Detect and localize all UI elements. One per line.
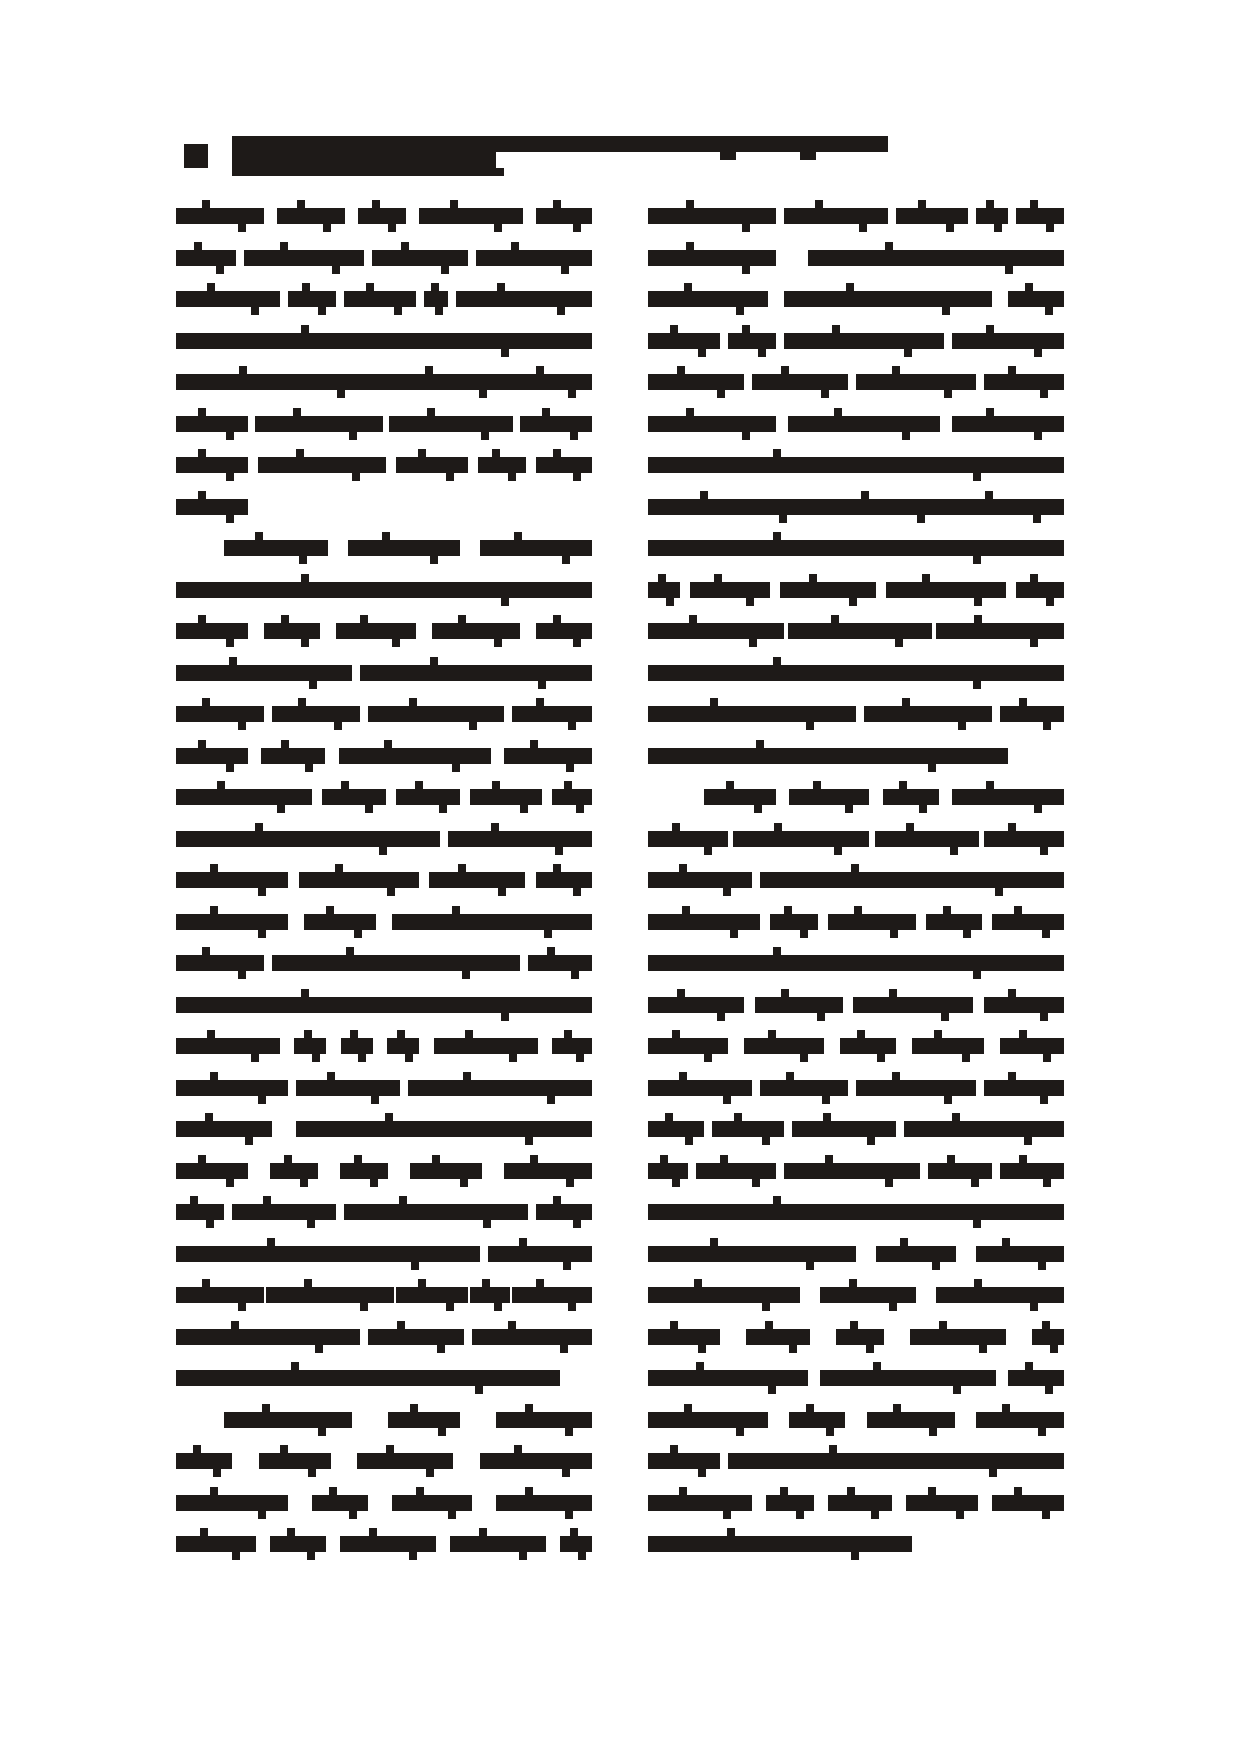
redacted-word	[883, 789, 939, 805]
text-line	[176, 1321, 592, 1363]
redacted-word	[648, 872, 752, 888]
redacted-word	[348, 540, 460, 556]
text-line	[648, 1362, 1064, 1404]
redacted-word	[429, 872, 525, 888]
redacted-word	[176, 914, 288, 930]
redacted-word	[470, 789, 542, 805]
text-line	[648, 1528, 1064, 1570]
redacted-word	[1032, 1329, 1064, 1345]
redacted-word	[176, 1287, 264, 1303]
text-line	[648, 1113, 1064, 1155]
redacted-word	[788, 623, 932, 639]
redacted-word	[176, 1495, 288, 1511]
text-line	[648, 242, 1064, 284]
heading-rule	[232, 136, 888, 152]
redacted-word	[504, 1163, 592, 1179]
text-line	[176, 366, 592, 408]
redacted-word	[448, 831, 592, 847]
redacted-word	[648, 1370, 808, 1386]
text-line	[176, 532, 592, 574]
text-line	[648, 1155, 1064, 1197]
redacted-word	[357, 1453, 453, 1469]
redacted-word	[648, 748, 1008, 764]
redacted-word	[372, 250, 468, 266]
redacted-word	[760, 872, 1064, 888]
redacted-word	[176, 1121, 272, 1137]
redacted-word	[176, 1038, 280, 1054]
redacted-word	[432, 623, 520, 639]
redacted-word	[176, 831, 440, 847]
redacted-word	[728, 333, 776, 349]
redacted-word	[176, 997, 592, 1013]
redacted-word	[392, 1495, 472, 1511]
text-line	[176, 989, 592, 1031]
redacted-word	[648, 208, 776, 224]
redacted-word	[396, 457, 468, 473]
redacted-word	[408, 1080, 592, 1096]
redacted-word	[648, 291, 768, 307]
text-line	[176, 1528, 592, 1570]
text-line	[648, 657, 1064, 699]
redacted-word	[648, 374, 744, 390]
redacted-word	[478, 457, 526, 473]
redacted-word	[261, 748, 325, 764]
text-line	[648, 906, 1064, 948]
redacted-word	[176, 1204, 224, 1220]
redacted-word	[856, 374, 976, 390]
text-column-left	[176, 200, 592, 1570]
redacted-word	[296, 1080, 400, 1096]
redacted-word	[906, 1495, 978, 1511]
text-line	[648, 1030, 1064, 1072]
text-line	[176, 1445, 592, 1487]
text-line	[176, 1072, 592, 1114]
redacted-word	[875, 831, 979, 847]
redacted-word	[450, 1536, 546, 1552]
text-line	[648, 1445, 1064, 1487]
text-line	[648, 200, 1064, 242]
text-line	[176, 906, 592, 948]
redacted-word	[792, 1121, 896, 1137]
redacted-word	[648, 1163, 688, 1179]
redacted-word	[784, 1163, 920, 1179]
redacted-word	[648, 333, 720, 349]
redacted-word	[648, 582, 680, 598]
text-line	[648, 615, 1064, 657]
redacted-word	[648, 1246, 856, 1262]
text-line	[176, 698, 592, 740]
redacted-word	[270, 1536, 326, 1552]
redacted-word	[528, 955, 592, 971]
text-line	[648, 781, 1064, 823]
redacted-word	[712, 1121, 784, 1137]
redacted-word	[690, 582, 770, 598]
redacted-word	[340, 1536, 436, 1552]
redacted-word	[828, 1495, 892, 1511]
redacted-word	[936, 623, 1064, 639]
redacted-word	[984, 831, 1064, 847]
redacted-word	[176, 333, 592, 349]
redacted-word	[176, 706, 264, 722]
redacted-word	[396, 1287, 468, 1303]
redacted-word	[410, 1163, 482, 1179]
redacted-word	[470, 1287, 510, 1303]
text-line	[648, 408, 1064, 450]
text-line	[648, 1404, 1064, 1446]
redacted-word	[176, 955, 264, 971]
text-line	[176, 1279, 592, 1321]
redacted-word	[952, 333, 1064, 349]
redacted-word	[388, 374, 512, 390]
redacted-word	[648, 955, 1064, 971]
redacted-word	[224, 1412, 352, 1428]
redacted-word	[176, 623, 248, 639]
redacted-word	[952, 789, 1064, 805]
redacted-word	[912, 1038, 984, 1054]
redacted-word	[789, 1412, 845, 1428]
text-line	[176, 864, 592, 906]
redacted-word	[176, 582, 592, 598]
text-line	[176, 491, 592, 533]
redacted-word	[928, 1163, 992, 1179]
redacted-word	[388, 1412, 460, 1428]
redacted-word	[258, 457, 386, 473]
redacted-word	[344, 291, 416, 307]
redacted-word	[1016, 582, 1064, 598]
redacted-word	[232, 1204, 336, 1220]
redacted-word	[1000, 1038, 1064, 1054]
redacted-word	[176, 872, 288, 888]
redacted-word	[788, 416, 940, 432]
redacted-word	[992, 914, 1064, 930]
redacted-word	[176, 1246, 480, 1262]
redacted-word	[648, 665, 1064, 681]
text-line	[648, 740, 1064, 782]
redacted-word	[266, 1287, 394, 1303]
redacted-word	[648, 997, 744, 1013]
redacted-word	[344, 1204, 528, 1220]
redacted-word	[424, 291, 448, 307]
text-line	[648, 1238, 1064, 1280]
redacted-word	[752, 374, 848, 390]
redacted-word	[272, 955, 520, 971]
redacted-word	[176, 208, 264, 224]
redacted-word	[336, 623, 416, 639]
redacted-word	[910, 1329, 1006, 1345]
redacted-word	[299, 872, 419, 888]
redacted-word	[828, 914, 916, 930]
redacted-word	[176, 1536, 256, 1552]
redacted-word	[512, 706, 592, 722]
redacted-word	[926, 914, 982, 930]
text-line	[648, 574, 1064, 616]
redacted-word	[552, 789, 592, 805]
redacted-word	[496, 1495, 592, 1511]
text-line	[648, 449, 1064, 491]
text-line	[648, 823, 1064, 865]
redacted-word	[746, 1329, 810, 1345]
text-line	[176, 1487, 592, 1529]
redacted-word	[536, 457, 592, 473]
redacted-word	[341, 1038, 373, 1054]
redacted-word	[648, 457, 1064, 473]
redacted-word	[392, 914, 592, 930]
redacted-word	[984, 374, 1064, 390]
redacted-word	[1008, 1370, 1064, 1386]
text-line	[648, 1196, 1064, 1238]
redacted-word	[176, 789, 312, 805]
redacted-word	[976, 208, 1008, 224]
redacted-word	[808, 250, 1064, 266]
text-line	[648, 1072, 1064, 1114]
redacted-word	[936, 1287, 1064, 1303]
redacted-word	[856, 1080, 976, 1096]
redacted-word	[648, 1412, 768, 1428]
redacted-word	[472, 1329, 592, 1345]
redacted-word	[176, 1080, 288, 1096]
redacted-word	[760, 1080, 848, 1096]
redacted-word	[512, 1287, 592, 1303]
redacted-word	[904, 1121, 1064, 1137]
redacted-word	[648, 499, 822, 515]
redacted-word	[176, 250, 236, 266]
redacted-word	[340, 1163, 388, 1179]
redacted-word	[419, 208, 523, 224]
redacted-word	[296, 1121, 592, 1137]
text-line	[648, 283, 1064, 325]
redacted-word	[176, 1163, 248, 1179]
redacted-word	[648, 1536, 912, 1552]
text-line	[176, 615, 592, 657]
redacted-word	[648, 540, 1064, 556]
redacted-word	[504, 748, 592, 764]
text-line	[176, 283, 592, 325]
text-line	[648, 698, 1064, 740]
text-column-right	[648, 200, 1064, 1570]
redacted-word	[176, 291, 280, 307]
redacted-word	[288, 291, 336, 307]
redacted-word	[886, 582, 1006, 598]
text-line	[648, 491, 1064, 533]
redacted-word	[176, 416, 248, 432]
redacted-word	[176, 1329, 360, 1345]
redacted-word	[480, 1453, 592, 1469]
redacted-word	[696, 1163, 776, 1179]
text-line	[176, 325, 592, 367]
redacted-word	[272, 706, 360, 722]
redacted-word	[360, 665, 592, 681]
text-line	[648, 989, 1064, 1031]
redacted-word	[312, 1495, 368, 1511]
redacted-word	[733, 831, 869, 847]
redacted-word	[294, 1038, 326, 1054]
redacted-word	[648, 1287, 800, 1303]
redacted-word	[560, 1536, 592, 1552]
redacted-word	[648, 1204, 1064, 1220]
redacted-word	[867, 1412, 955, 1428]
text-line	[176, 200, 592, 242]
text-line	[176, 574, 592, 616]
redacted-word	[339, 748, 491, 764]
text-line	[176, 1362, 592, 1404]
redacted-word	[820, 1370, 996, 1386]
redacted-word	[176, 665, 352, 681]
redacted-word	[304, 914, 376, 930]
text-line	[176, 823, 592, 865]
redacted-word	[784, 333, 944, 349]
redacted-word	[488, 1246, 592, 1262]
redacted-word	[876, 1246, 956, 1262]
redacted-word	[648, 623, 784, 639]
redacted-word	[976, 1412, 1064, 1428]
redacted-word	[480, 540, 592, 556]
redacted-word	[766, 1495, 814, 1511]
redacted-word	[476, 250, 592, 266]
redacted-word	[784, 208, 888, 224]
redacted-word	[648, 1080, 752, 1096]
text-line	[176, 947, 592, 989]
redacted-word	[984, 997, 1064, 1013]
redacted-word	[176, 374, 388, 390]
redacted-word	[648, 1453, 720, 1469]
redacted-word	[896, 208, 968, 224]
redacted-word	[387, 1038, 419, 1054]
redacted-word	[1016, 208, 1064, 224]
text-line	[176, 1238, 592, 1280]
redacted-word	[744, 1038, 824, 1054]
redacted-word	[176, 457, 248, 473]
text-line	[648, 1487, 1064, 1529]
redacted-word	[789, 789, 869, 805]
redacted-word	[1000, 706, 1064, 722]
text-line	[176, 1155, 592, 1197]
redacted-word	[648, 1121, 704, 1137]
redacted-word	[704, 789, 776, 805]
redacted-word	[358, 208, 406, 224]
redacted-word	[512, 374, 592, 390]
text-line	[648, 532, 1064, 574]
text-line	[648, 366, 1064, 408]
text-line	[648, 325, 1064, 367]
heading-title: [redacted heading]	[0, 0, 1, 1]
redacted-word	[552, 1038, 592, 1054]
redacted-word	[976, 1246, 1064, 1262]
redacted-word	[176, 1453, 232, 1469]
redacted-word	[1008, 291, 1064, 307]
text-line	[648, 1279, 1064, 1321]
text-line	[176, 657, 592, 699]
redacted-word	[176, 1370, 560, 1386]
redacted-word	[434, 1038, 538, 1054]
redacted-word	[1000, 1163, 1064, 1179]
redacted-word	[536, 872, 592, 888]
redacted-word	[456, 291, 592, 307]
redacted-word	[648, 1329, 720, 1345]
text-line	[176, 242, 592, 284]
redacted-word	[277, 208, 345, 224]
redacted-word	[836, 1329, 884, 1345]
redacted-word	[264, 623, 320, 639]
redacted-word	[259, 1453, 331, 1469]
redacted-word	[224, 540, 328, 556]
section-bullet-icon	[184, 144, 208, 168]
redacted-word	[255, 416, 383, 432]
redacted-word	[322, 789, 386, 805]
redacted-word	[952, 416, 1064, 432]
text-line	[176, 781, 592, 823]
redacted-word	[951, 499, 1064, 515]
redacted-word	[520, 416, 592, 432]
redacted-word	[728, 1453, 1064, 1469]
redacted-word	[853, 997, 973, 1013]
redacted-word	[368, 706, 504, 722]
redacted-word	[840, 1038, 896, 1054]
redacted-word	[984, 1080, 1064, 1096]
redacted-word	[176, 748, 248, 764]
text-line	[648, 864, 1064, 906]
redacted-word	[992, 1495, 1064, 1511]
redacted-word	[536, 623, 592, 639]
redacted-word	[536, 1204, 592, 1220]
redacted-word	[780, 582, 876, 598]
redacted-word	[648, 831, 728, 847]
redacted-word	[648, 706, 856, 722]
text-line	[176, 1196, 592, 1238]
redacted-word	[648, 1038, 728, 1054]
heading-rule-tick	[800, 152, 816, 160]
redacted-word	[536, 208, 592, 224]
redacted-word	[270, 1163, 318, 1179]
redacted-word	[389, 416, 513, 432]
redacted-word	[648, 1495, 752, 1511]
redacted-word	[648, 416, 776, 432]
redacted-word	[648, 250, 776, 266]
redacted-word	[755, 997, 843, 1013]
redacted-word	[368, 1329, 464, 1345]
text-line	[648, 947, 1064, 989]
redacted-word	[396, 789, 460, 805]
text-line	[176, 1030, 592, 1072]
redacted-word	[822, 499, 951, 515]
redacted-word	[648, 914, 760, 930]
text-line	[176, 1113, 592, 1155]
redacted-word	[784, 291, 992, 307]
heading-text-block-lower	[232, 168, 504, 176]
redacted-word	[496, 1412, 592, 1428]
text-line	[176, 1404, 592, 1446]
text-line	[176, 408, 592, 450]
redacted-word	[770, 914, 818, 930]
heading-text-block	[232, 152, 496, 168]
text-line	[176, 449, 592, 491]
text-line	[648, 1321, 1064, 1363]
redacted-word	[176, 499, 248, 515]
redacted-word	[820, 1287, 916, 1303]
text-line	[176, 740, 592, 782]
redacted-word	[864, 706, 992, 722]
heading-rule-tick	[720, 152, 736, 160]
redacted-word	[244, 250, 364, 266]
